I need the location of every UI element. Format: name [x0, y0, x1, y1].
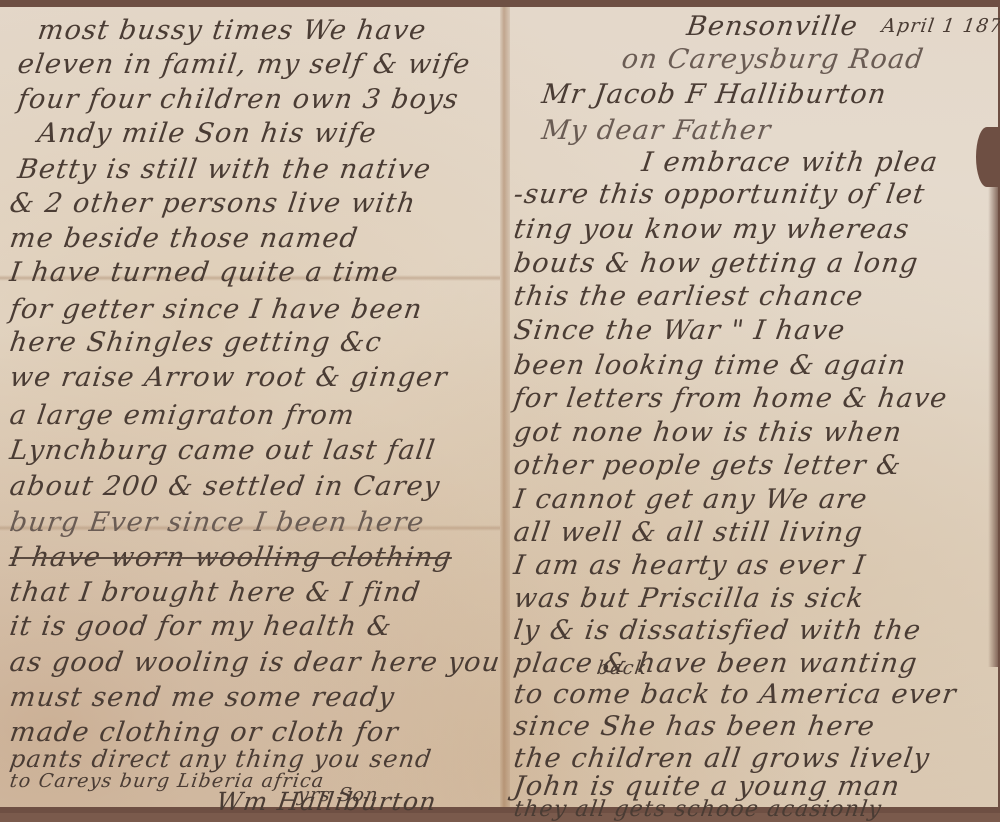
- letter-line: Betty is still with the native: [16, 154, 434, 185]
- document-frame: most bussy times We have eleven in famil…: [0, 0, 1000, 813]
- signature: Wm Halliburton: [215, 787, 439, 813]
- letter-line: Lynchburg came out last fall: [8, 435, 438, 466]
- letter-line: this the earliest chance: [512, 281, 866, 312]
- letter-line: about 200 & settled in Carey: [8, 471, 443, 502]
- letter-line: most bussy times We have: [36, 15, 429, 46]
- letter-line: as good wooling is dear here you: [8, 647, 503, 678]
- salutation: My dear Father: [540, 115, 774, 146]
- letter-sheet: most bussy times We have eleven in famil…: [0, 7, 998, 807]
- letter-line-struck: I have worn woolling clothing: [8, 542, 454, 573]
- letter-line: ting you know my whereas: [512, 214, 912, 245]
- letter-line: they all gets schooe acasionly: [512, 797, 883, 813]
- letter-line: I have turned quite a time: [8, 257, 401, 288]
- letter-line: the children all grows lively: [512, 743, 932, 774]
- letter-line: burg Ever since I been here: [8, 507, 427, 538]
- letter-line: I am as hearty as ever I: [512, 550, 868, 581]
- letter-date: April 1 1870: [880, 15, 1000, 37]
- place-subheading: on Careysburg Road: [620, 44, 926, 75]
- place-heading: Bensonville: [685, 11, 860, 42]
- recipient-name: Mr Jacob F Halliburton: [540, 79, 889, 110]
- letter-line: that I brought here & I find: [8, 577, 423, 608]
- letter-line: been looking time & again: [512, 350, 909, 381]
- letter-line: -sure this opportunity of let: [512, 179, 928, 210]
- letter-line: for getter since I have been: [8, 294, 425, 325]
- torn-edge: [976, 127, 998, 187]
- letter-line: I embrace with plea: [640, 147, 941, 178]
- letter-line: must send me some ready: [8, 682, 397, 713]
- letter-line: ly & is dissatisfied with the: [512, 615, 924, 646]
- letter-line: it is good for my health &: [8, 611, 394, 642]
- letter-line: four four children own 3 boys: [16, 84, 461, 115]
- letter-line: bouts & how getting a long: [512, 248, 921, 279]
- letter-line: since She has been here: [512, 711, 877, 742]
- letter-line: we raise Arrow root & ginger: [8, 362, 450, 393]
- letter-line: for letters from home & have: [512, 383, 950, 414]
- center-fold: [500, 7, 510, 807]
- letter-line: pants direct any thing you send: [8, 745, 434, 773]
- letter-line: got none how is this when: [512, 417, 905, 448]
- edge-stain: [988, 187, 998, 667]
- letter-line: me beside those named: [8, 223, 361, 254]
- letter-line: here Shingles getting &c: [8, 327, 384, 358]
- letter-line: Since the War " I have: [512, 315, 848, 346]
- letter-line: other people gets letter &: [512, 450, 904, 481]
- letter-line: Andy mile Son his wife: [36, 118, 379, 149]
- letter-line: & 2 other persons live with: [8, 188, 418, 219]
- letter-line: made clothing or cloth for: [8, 717, 401, 748]
- inserted-word: back: [595, 657, 649, 679]
- letter-line: was but Priscilla is sick: [512, 583, 866, 614]
- letter-line: all well & all still living: [512, 517, 865, 548]
- letter-line: place & have been wanting: [512, 648, 920, 679]
- letter-line: eleven in famil, my self & wife: [16, 49, 473, 80]
- letter-line: I cannot get any We are: [512, 484, 870, 515]
- letter-line: a large emigraton from: [8, 400, 357, 431]
- letter-line: to come back to America ever: [512, 679, 959, 710]
